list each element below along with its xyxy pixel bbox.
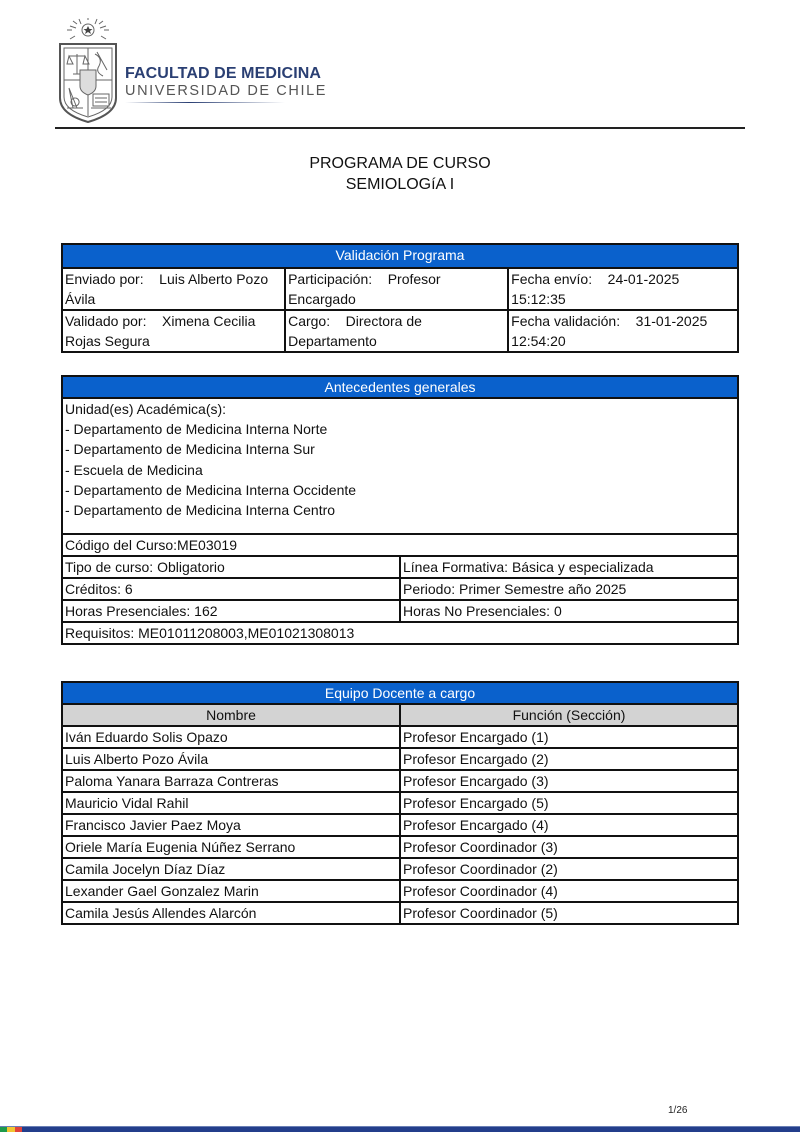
sent-by-label: Enviado por: xyxy=(65,271,144,287)
requirements: Requisitos: ME01011208003,ME01021308013 xyxy=(62,622,738,644)
teacher-name: Oriele María Eugenia Núñez Serrano xyxy=(62,836,400,858)
header-divider xyxy=(55,127,745,129)
academic-unit-item: - Departamento de Medicina Interna Occid… xyxy=(65,480,735,500)
validated-by-label: Validado por: xyxy=(65,313,146,329)
university-name: UNIVERSIDAD DE CHILE xyxy=(125,83,327,100)
teacher-role: Profesor Encargado (1) xyxy=(400,726,738,748)
in-person-hours: Horas Presenciales: 162 xyxy=(62,600,400,622)
document-title: PROGRAMA DE CURSO SEMIOLOGíA I xyxy=(0,153,800,195)
position-label: Cargo: xyxy=(288,313,330,329)
table-row: Luis Alberto Pozo ÁvilaProfesor Encargad… xyxy=(62,748,738,770)
academic-unit-item: - Departamento de Medicina Interna Norte xyxy=(65,419,735,439)
page-header: FACULTAD DE MEDICINA UNIVERSIDAD DE CHIL… xyxy=(55,18,745,130)
training-line: Línea Formativa: Básica y especializada xyxy=(400,556,738,578)
sent-date-label: Fecha envío: xyxy=(511,271,592,287)
credits: Créditos: 6 xyxy=(62,578,400,600)
validation-row-validated: Validado por: Ximena Cecilia Rojas Segur… xyxy=(62,310,738,352)
table-row: Camila Jesús Allendes AlarcónProfesor Co… xyxy=(62,902,738,924)
brand-underline xyxy=(125,102,285,103)
validation-heading: Validación Programa xyxy=(62,244,738,268)
footer-stripe-highlight xyxy=(0,1126,800,1127)
teacher-name: Francisco Javier Paez Moya xyxy=(62,814,400,836)
academic-unit-item: - Departamento de Medicina Interna Centr… xyxy=(65,500,735,520)
teacher-role: Profesor Encargado (3) xyxy=(400,770,738,792)
teacher-name: Camila Jocelyn Díaz Díaz xyxy=(62,858,400,880)
teaching-team-rows: Iván Eduardo Solis OpazoProfesor Encarga… xyxy=(62,726,738,924)
table-row: Paloma Yanara Barraza ContrerasProfesor … xyxy=(62,770,738,792)
table-row: Oriele María Eugenia Núñez SerranoProfes… xyxy=(62,836,738,858)
general-background-table: Antecedentes generales Unidad(es) Académ… xyxy=(61,375,739,645)
teacher-name: Iván Eduardo Solis Opazo xyxy=(62,726,400,748)
background-heading: Antecedentes generales xyxy=(62,376,738,398)
title-line-2: SEMIOLOGíA I xyxy=(0,174,800,195)
teaching-team-heading: Equipo Docente a cargo xyxy=(62,682,738,704)
validated-by-cell: Validado por: Ximena Cecilia Rojas Segur… xyxy=(62,310,285,352)
teacher-role: Profesor Encargado (2) xyxy=(400,748,738,770)
course-code: Código del Curso:ME03019 xyxy=(62,534,738,556)
institution-brand: FACULTAD DE MEDICINA UNIVERSIDAD DE CHIL… xyxy=(125,65,327,103)
academic-unit-item: - Departamento de Medicina Interna Sur xyxy=(65,439,735,459)
teacher-role: Profesor Encargado (5) xyxy=(400,792,738,814)
validation-row-sent: Enviado por: Luis Alberto Pozo Ávila Par… xyxy=(62,268,738,310)
teaching-team-table: Equipo Docente a cargo Nombre Función (S… xyxy=(61,681,739,925)
position-cell: Cargo: Directora de Departamento xyxy=(285,310,508,352)
table-row: Mauricio Vidal RahilProfesor Encargado (… xyxy=(62,792,738,814)
teacher-name: Luis Alberto Pozo Ávila xyxy=(62,748,400,770)
teacher-name: Mauricio Vidal Rahil xyxy=(62,792,400,814)
footer-color-bar xyxy=(0,1126,800,1132)
table-row: Lexander Gael Gonzalez MarinProfesor Coo… xyxy=(62,880,738,902)
teacher-name: Lexander Gael Gonzalez Marin xyxy=(62,880,400,902)
page-indicator: 1/26 xyxy=(668,1105,687,1116)
column-header-name: Nombre xyxy=(62,704,400,726)
university-crest-icon xyxy=(55,18,121,124)
validation-date-cell: Fecha validación: 31-01-2025 12:54:20 xyxy=(508,310,738,352)
validation-date-label: Fecha validación: xyxy=(511,313,620,329)
teacher-name: Paloma Yanara Barraza Contreras xyxy=(62,770,400,792)
institution-name: FACULTAD DE MEDICINA xyxy=(125,65,327,83)
sent-by-cell: Enviado por: Luis Alberto Pozo Ávila xyxy=(62,268,285,310)
teacher-role: Profesor Coordinador (3) xyxy=(400,836,738,858)
sent-date-cell: Fecha envío: 24-01-2025 15:12:35 xyxy=(508,268,738,310)
teacher-role: Profesor Coordinador (5) xyxy=(400,902,738,924)
column-header-role: Función (Sección) xyxy=(400,704,738,726)
teacher-role: Profesor Encargado (4) xyxy=(400,814,738,836)
participation-label: Participación: xyxy=(288,271,372,287)
teacher-role: Profesor Coordinador (4) xyxy=(400,880,738,902)
table-row: Camila Jocelyn Díaz DíazProfesor Coordin… xyxy=(62,858,738,880)
academic-units-cell: Unidad(es) Académica(s): - Departamento … xyxy=(62,398,738,534)
title-line-1: PROGRAMA DE CURSO xyxy=(0,153,800,174)
table-row: Francisco Javier Paez MoyaProfesor Encar… xyxy=(62,814,738,836)
course-type: Tipo de curso: Obligatorio xyxy=(62,556,400,578)
table-row: Iván Eduardo Solis OpazoProfesor Encarga… xyxy=(62,726,738,748)
participation-cell: Participación: Profesor Encargado xyxy=(285,268,508,310)
teacher-name: Camila Jesús Allendes Alarcón xyxy=(62,902,400,924)
validation-table: Validación Programa Enviado por: Luis Al… xyxy=(61,243,739,353)
remote-hours: Horas No Presenciales: 0 xyxy=(400,600,738,622)
academic-units-label: Unidad(es) Académica(s): xyxy=(65,399,735,419)
academic-unit-item: - Escuela de Medicina xyxy=(65,460,735,480)
period: Periodo: Primer Semestre año 2025 xyxy=(400,578,738,600)
teacher-role: Profesor Coordinador (2) xyxy=(400,858,738,880)
